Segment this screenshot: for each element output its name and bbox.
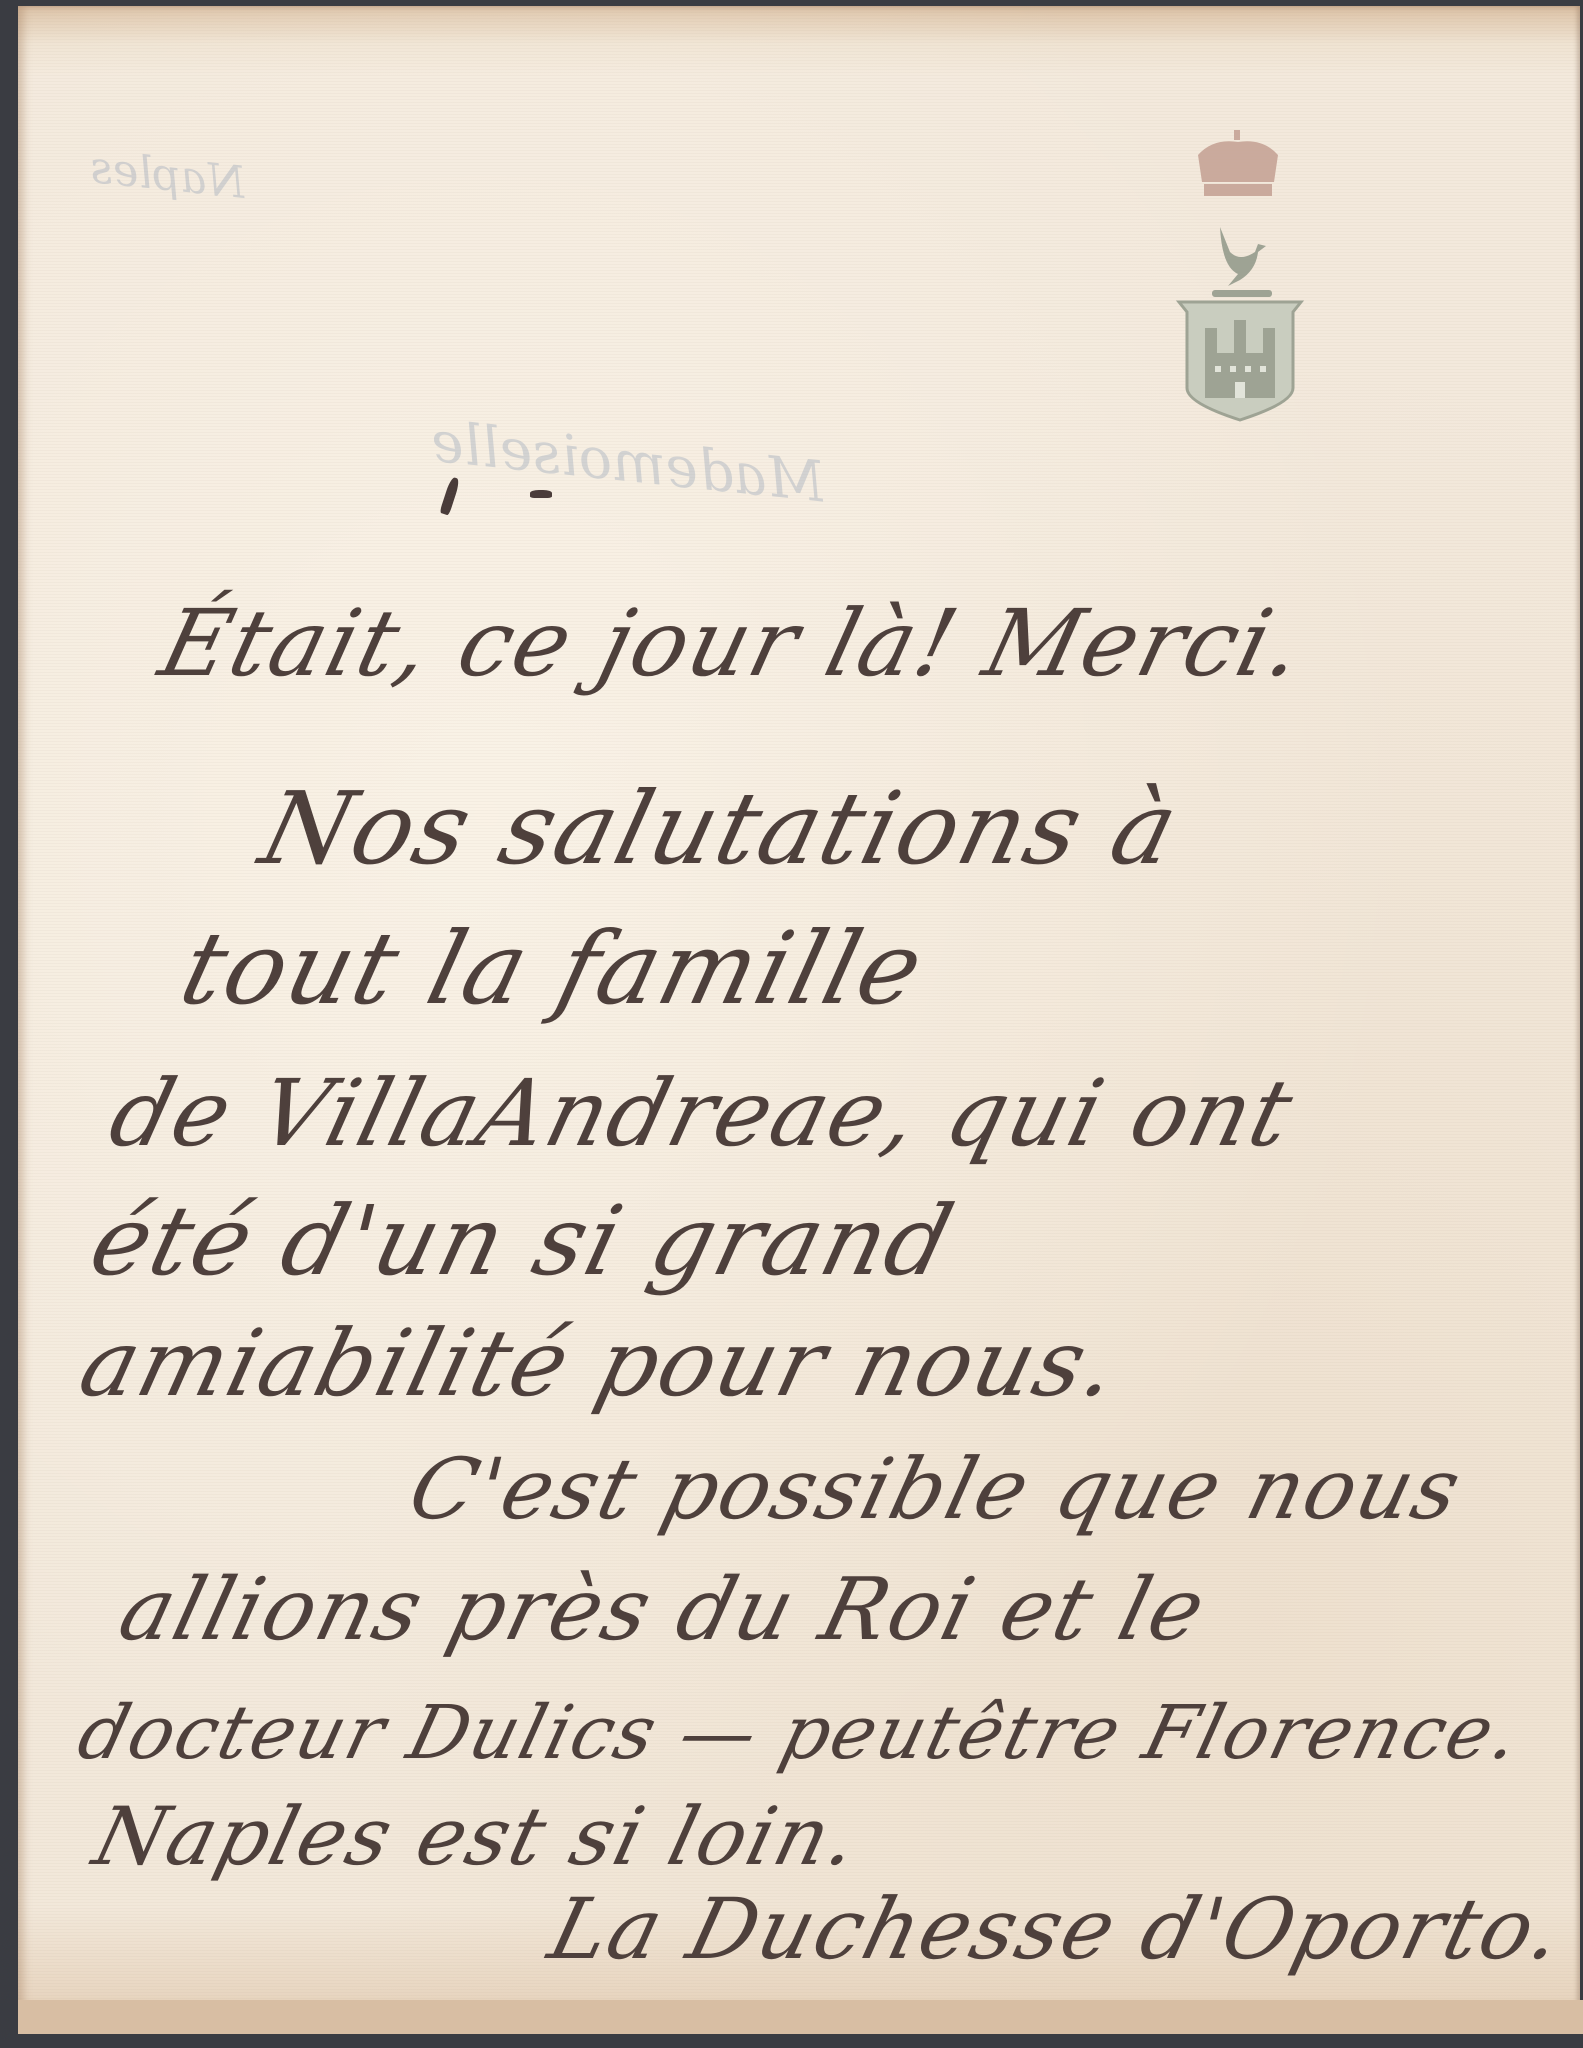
ink-mark — [530, 490, 552, 498]
letter-line-4: de VillaAndreae, qui ont — [100, 1060, 1304, 1167]
letter-line-5: été d'un si grand — [80, 1185, 965, 1297]
letter-line-7: C'est possible que nous — [400, 1440, 1472, 1538]
castle-shield-icon — [1175, 298, 1305, 423]
letter-line-1: Était, ce jour là! Merci. — [150, 590, 1315, 697]
eagle-crest-icon — [1200, 222, 1280, 302]
crown-icon — [1188, 130, 1288, 205]
letter-line-10: Naples est si loin. — [85, 1790, 869, 1883]
letter-line-8: allions près du Roi et le — [110, 1560, 1216, 1660]
letter-line-6: amiabilité pour nous. — [70, 1310, 1130, 1417]
letter-line-3: tout la famille — [170, 910, 936, 1027]
signature: La Duchesse d'Oporto. — [540, 1880, 1574, 1978]
letter-line-2: Nos salutations à — [250, 770, 1191, 887]
letter-line-9: docteur Dulics — peutêtre Florence. — [70, 1690, 1530, 1776]
paper-torn-edge — [18, 2000, 1583, 2034]
